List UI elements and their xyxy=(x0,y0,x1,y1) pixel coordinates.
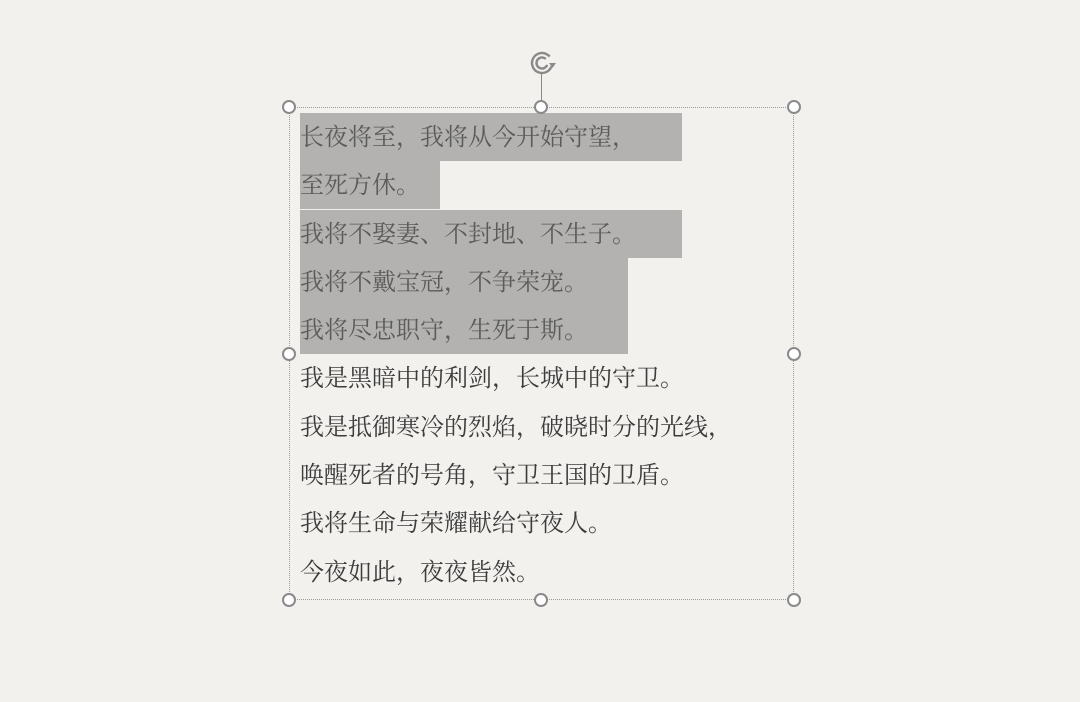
resize-handle-bottom-left[interactable] xyxy=(282,593,296,607)
resize-handle-right[interactable] xyxy=(787,347,801,361)
line-text: 长夜将至，我将从今开始守望， xyxy=(300,113,682,161)
text-line-9[interactable]: 我将生命与荣耀献给守夜人。 xyxy=(300,499,793,547)
text-line-4[interactable]: 我将不戴宝冠，不争荣宠。 xyxy=(300,258,793,306)
text-line-2[interactable]: 至死方休。 xyxy=(300,161,793,209)
resize-handle-left[interactable] xyxy=(282,347,296,361)
slide-canvas: 长夜将至，我将从今开始守望， 至死方休。 我将不娶妻、不封地、不生子。 我将不戴… xyxy=(0,0,1080,702)
text-line-8[interactable]: 唤醒死者的号角，守卫王国的卫盾。 xyxy=(300,451,793,499)
rotate-handle-icon[interactable] xyxy=(528,48,558,78)
line-text: 我将不戴宝冠，不争荣宠。 xyxy=(300,258,628,306)
text-line-1[interactable]: 长夜将至，我将从今开始守望， xyxy=(300,113,793,161)
text-line-10[interactable]: 今夜如此，夜夜皆然。 xyxy=(300,548,793,596)
resize-handle-top-right[interactable] xyxy=(787,100,801,114)
line-text: 至死方休。 xyxy=(300,161,440,209)
line-text: 我将不娶妻、不封地、不生子。 xyxy=(300,210,682,258)
resize-handle-top[interactable] xyxy=(534,100,548,114)
text-lines[interactable]: 长夜将至，我将从今开始守望， 至死方休。 我将不娶妻、不封地、不生子。 我将不戴… xyxy=(300,113,793,596)
line-text: 今夜如此，夜夜皆然。 xyxy=(300,548,540,596)
resize-handle-bottom[interactable] xyxy=(534,593,548,607)
resize-handle-top-left[interactable] xyxy=(282,100,296,114)
line-text: 唤醒死者的号角，守卫王国的卫盾。 xyxy=(300,451,684,499)
text-line-5[interactable]: 我将尽忠职守，生死于斯。 xyxy=(300,306,793,354)
line-text: 我将生命与荣耀献给守夜人。 xyxy=(300,499,612,547)
line-text: 我是抵御寒冷的烈焰，破晓时分的光线， xyxy=(300,403,732,451)
text-line-7[interactable]: 我是抵御寒冷的烈焰，破晓时分的光线， xyxy=(300,403,793,451)
resize-handle-bottom-right[interactable] xyxy=(787,593,801,607)
text-line-3[interactable]: 我将不娶妻、不封地、不生子。 xyxy=(300,210,793,258)
text-line-6[interactable]: 我是黑暗中的利剑，长城中的守卫。 xyxy=(300,354,793,402)
text-box[interactable]: 长夜将至，我将从今开始守望， 至死方休。 我将不娶妻、不封地、不生子。 我将不戴… xyxy=(289,107,794,600)
line-text: 我将尽忠职守，生死于斯。 xyxy=(300,306,628,354)
line-text: 我是黑暗中的利剑，长城中的守卫。 xyxy=(300,354,684,402)
